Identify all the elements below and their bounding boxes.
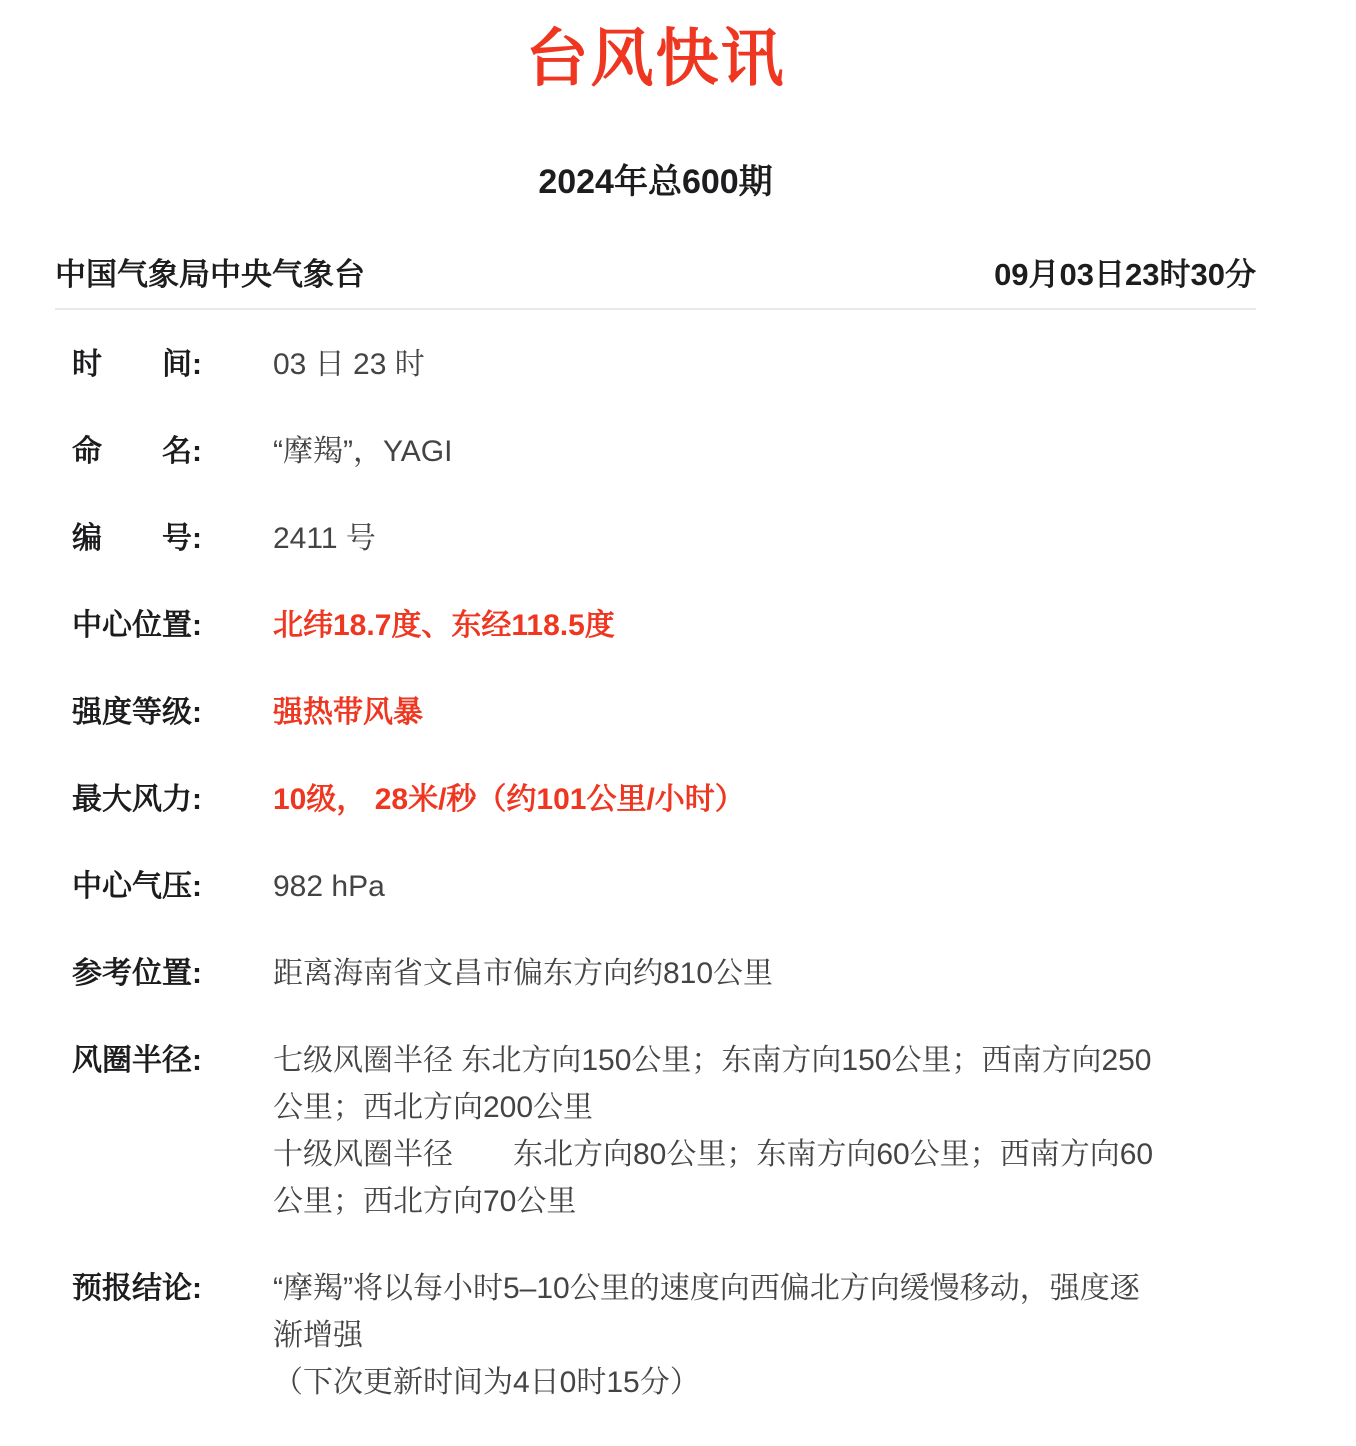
agency-name: 中国气象局中央气象台 <box>55 254 365 296</box>
field-label-text: 强度等级 <box>72 689 192 736</box>
row-intensity-level: 强度等级: 强热带风暴 <box>55 689 1256 736</box>
field-label: 强度等级: <box>72 689 273 736</box>
field-label: 风圈半径: <box>72 1037 273 1084</box>
page-title: 台风快讯 <box>55 16 1256 102</box>
value-line: （下次更新时间为4日0时15分） <box>273 1359 1256 1406</box>
field-label-text: 参考位置 <box>72 950 192 997</box>
value-line: 03 日 23 时 <box>273 341 1256 388</box>
row-reference-position: 参考位置: 距离海南省文昌市偏东方向约810公里 <box>55 950 1256 997</box>
row-name: 命名: “摩羯”，YAGI <box>55 428 1256 475</box>
row-wind-circle-radius: 风圈半径: 七级风圈半径 东北方向150公里；东南方向150公里；西南方向250… <box>55 1037 1256 1225</box>
field-label-text: 预报结论 <box>72 1265 192 1312</box>
row-time: 时间: 03 日 23 时 <box>55 341 1256 388</box>
field-value: 七级风圈半径 东北方向150公里；东南方向150公里；西南方向250 公里；西北… <box>273 1037 1256 1225</box>
publish-datetime: 09月03日23时30分 <box>994 254 1256 296</box>
value-line: 2411 号 <box>273 515 1256 562</box>
value-line: 十级风圈半径 东北方向80公里；东南方向60公里；西南方向60 <box>273 1131 1256 1178</box>
label-colon: : <box>192 776 202 823</box>
field-value: 03 日 23 时 <box>273 341 1256 388</box>
value-line: “摩羯”，YAGI <box>273 428 1256 475</box>
field-value: 982 hPa <box>273 863 1256 910</box>
label-colon: : <box>192 1265 202 1312</box>
bulletin-page: 台风快讯 2024年总600期 中国气象局中央气象台 09月03日23时30分 … <box>55 0 1256 1406</box>
value-line: 强热带风暴 <box>273 689 1256 736</box>
value-line: “摩羯”将以每小时5–10公里的速度向西偏北方向缓慢移动，强度逐 <box>273 1265 1256 1312</box>
row-number: 编号: 2411 号 <box>55 515 1256 562</box>
field-label: 时间: <box>72 341 273 388</box>
field-label-text: 中心气压 <box>72 863 192 910</box>
field-value-highlight: 强热带风暴 <box>273 689 1256 736</box>
field-label-text: 风圈半径 <box>72 1037 192 1084</box>
value-line: 10级， 28米/秒（约101公里/小时） <box>273 776 1256 823</box>
field-label: 命名: <box>72 428 273 475</box>
label-colon: : <box>192 341 202 388</box>
value-line: 982 hPa <box>273 863 1256 910</box>
field-label-text: 命名 <box>72 428 192 475</box>
row-max-wind: 最大风力: 10级， 28米/秒（约101公里/小时） <box>55 776 1256 823</box>
row-center-position: 中心位置: 北纬18.7度、东经118.5度 <box>55 602 1256 649</box>
field-value: 2411 号 <box>273 515 1256 562</box>
value-line: 渐增强 <box>273 1312 1256 1359</box>
label-colon: : <box>192 428 202 475</box>
value-line: 距离海南省文昌市偏东方向约810公里 <box>273 950 1256 997</box>
field-label: 预报结论: <box>72 1265 273 1312</box>
value-line: 公里；西北方向200公里 <box>273 1084 1256 1131</box>
row-central-pressure: 中心气压: 982 hPa <box>55 863 1256 910</box>
label-colon: : <box>192 689 202 736</box>
label-colon: : <box>192 515 202 562</box>
label-colon: : <box>192 602 202 649</box>
row-forecast-conclusion: 预报结论: “摩羯”将以每小时5–10公里的速度向西偏北方向缓慢移动，强度逐 渐… <box>55 1265 1256 1406</box>
field-label: 编号: <box>72 515 273 562</box>
value-line: 北纬18.7度、东经118.5度 <box>273 602 1256 649</box>
field-label-text: 最大风力 <box>72 776 192 823</box>
field-value: “摩羯”将以每小时5–10公里的速度向西偏北方向缓慢移动，强度逐 渐增强 （下次… <box>273 1265 1256 1406</box>
field-label: 中心气压: <box>72 863 273 910</box>
field-value-highlight: 北纬18.7度、东经118.5度 <box>273 602 1256 649</box>
field-label-text: 时间 <box>72 341 192 388</box>
field-label: 参考位置: <box>72 950 273 997</box>
issue-number: 2024年总600期 <box>55 160 1256 204</box>
divider <box>55 308 1256 310</box>
label-colon: : <box>192 863 202 910</box>
label-colon: : <box>192 1037 202 1084</box>
field-value-highlight: 10级， 28米/秒（约101公里/小时） <box>273 776 1256 823</box>
field-label-text: 编号 <box>72 515 192 562</box>
meta-row: 中国气象局中央气象台 09月03日23时30分 <box>55 254 1256 296</box>
label-colon: : <box>192 950 202 997</box>
field-value: 距离海南省文昌市偏东方向约810公里 <box>273 950 1256 997</box>
field-label: 最大风力: <box>72 776 273 823</box>
value-line: 公里；西北方向70公里 <box>273 1178 1256 1225</box>
field-label: 中心位置: <box>72 602 273 649</box>
bulletin-fields: 时间: 03 日 23 时 命名: “摩羯”，YAGI 编号: 2411 号 中… <box>55 341 1256 1406</box>
field-label-text: 中心位置 <box>72 602 192 649</box>
value-line: 七级风圈半径 东北方向150公里；东南方向150公里；西南方向250 <box>273 1037 1256 1084</box>
field-value: “摩羯”，YAGI <box>273 428 1256 475</box>
